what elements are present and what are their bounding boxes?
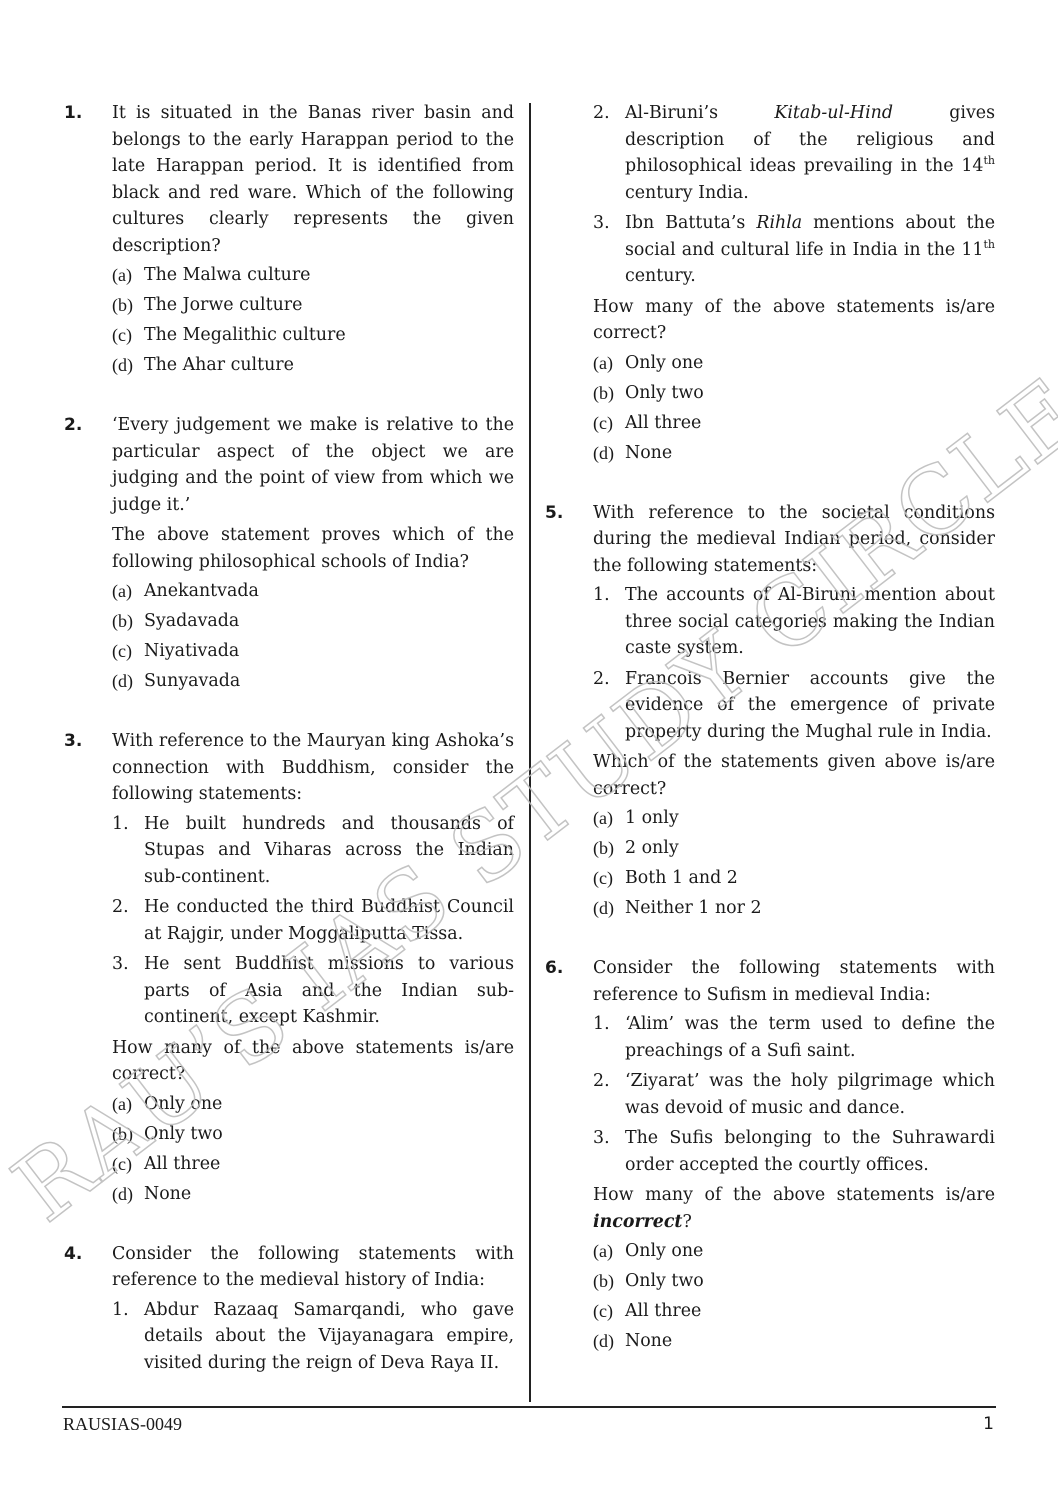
question-number: 4. xyxy=(64,1241,82,1268)
option-text: Syadavada xyxy=(144,611,239,631)
option-text: All three xyxy=(625,413,701,433)
option-text: Only one xyxy=(625,1241,703,1261)
statement-2: 2.‘Ziyarat’ was the holy pilgrimage whic… xyxy=(593,1068,995,1121)
question-stem: Consider the following statements with r… xyxy=(593,955,995,1008)
question-number: 2. xyxy=(64,412,82,439)
statement-1: 1.He built hundreds and thousands of Stu… xyxy=(112,811,514,891)
statement-1: 1.Abdur Razaaq Samarqandi, who gave deta… xyxy=(112,1297,514,1377)
option-label: (b) xyxy=(112,292,133,318)
option-label: (d) xyxy=(593,440,614,466)
question-3: 3. With reference to the Mauryan king As… xyxy=(62,728,514,1211)
option-label: (d) xyxy=(593,1328,614,1354)
option-text: None xyxy=(144,1184,191,1204)
option-label: (d) xyxy=(593,895,614,921)
document-code: RAUSIAS-0049 xyxy=(63,1414,182,1435)
option-a[interactable]: (a)1 only xyxy=(593,805,995,835)
option-d[interactable]: (d)None xyxy=(593,440,995,470)
question-5: 5. With reference to the societal condit… xyxy=(543,500,995,926)
statement-2: 2.He conducted the third Buddhist Counci… xyxy=(112,894,514,947)
option-text: All three xyxy=(144,1154,220,1174)
option-a[interactable]: (a)Only one xyxy=(593,350,995,380)
option-label: (b) xyxy=(593,835,614,861)
question-prompt: How many of the above statements is/are … xyxy=(112,1035,514,1088)
option-d[interactable]: (d)None xyxy=(112,1181,514,1211)
statement-1: 1.‘Alim’ was the term used to define the… xyxy=(593,1011,995,1064)
option-text: Only one xyxy=(625,353,703,373)
option-b[interactable]: (b)The Jorwe culture xyxy=(112,292,514,322)
statement-1: 1.The accounts of Al-Biruni mention abou… xyxy=(593,582,995,662)
statements-list: 1.Abdur Razaaq Samarqandi, who gave deta… xyxy=(112,1297,514,1377)
question-number: 6. xyxy=(545,955,563,982)
option-b[interactable]: (b)Syadavada xyxy=(112,608,514,638)
option-text: None xyxy=(625,443,672,463)
option-label: (a) xyxy=(112,262,132,288)
left-column: 1. It is situated in the Banas river bas… xyxy=(62,100,514,1380)
option-label: (d) xyxy=(112,352,133,378)
option-text: The Ahar culture xyxy=(144,355,294,375)
option-c[interactable]: (c)All three xyxy=(112,1151,514,1181)
option-c[interactable]: (c)All three xyxy=(593,410,995,440)
option-d[interactable]: (d)The Ahar culture xyxy=(112,352,514,382)
question-stem: It is situated in the Banas river basin … xyxy=(112,100,514,259)
option-a[interactable]: (a)The Malwa culture xyxy=(112,262,514,292)
option-a[interactable]: (a)Only one xyxy=(593,1238,995,1268)
option-b[interactable]: (b)Only two xyxy=(112,1121,514,1151)
statement-3: 3.He sent Buddhist missions to various p… xyxy=(112,951,514,1031)
option-text: 1 only xyxy=(625,808,679,828)
option-c[interactable]: (c)Both 1 and 2 xyxy=(593,865,995,895)
column-divider xyxy=(529,103,531,1402)
option-label: (a) xyxy=(593,805,613,831)
emphasis-incorrect: incorrect xyxy=(593,1212,682,1232)
option-a[interactable]: (a)Only one xyxy=(112,1091,514,1121)
option-label: (a) xyxy=(112,578,132,604)
option-text: The Jorwe culture xyxy=(144,295,302,315)
option-text: Sunyavada xyxy=(144,671,240,691)
page-number: 1 xyxy=(983,1414,994,1434)
option-text: Only two xyxy=(625,1271,704,1291)
option-label: (c) xyxy=(112,322,132,348)
option-d[interactable]: (d)Sunyavada xyxy=(112,668,514,698)
question-6: 6. Consider the following statements wit… xyxy=(543,955,995,1358)
question-number: 1. xyxy=(64,100,82,127)
question-4-continued: 2.Al-Biruni’s Kitab-ul-Hind gives descri… xyxy=(543,100,995,470)
option-c[interactable]: (c)Niyativada xyxy=(112,638,514,668)
option-text: All three xyxy=(625,1301,701,1321)
option-text: The Megalithic culture xyxy=(144,325,346,345)
option-text: Niyativada xyxy=(144,641,239,661)
question-prompt: How many of the above statements is/are … xyxy=(593,294,995,347)
book-title: Kitab-ul-Hind xyxy=(774,103,893,123)
option-text: Neither 1 nor 2 xyxy=(625,898,762,918)
question-stem: Consider the following statements with r… xyxy=(112,1241,514,1294)
option-label: (b) xyxy=(112,608,133,634)
statements-list: 1.He built hundreds and thousands of Stu… xyxy=(112,811,514,1031)
option-text: 2 only xyxy=(625,838,679,858)
option-d[interactable]: (d)None xyxy=(593,1328,995,1358)
exam-page: 1. It is situated in the Banas river bas… xyxy=(0,0,1058,1497)
option-b[interactable]: (b)Only two xyxy=(593,380,995,410)
question-4: 4. Consider the following statements wit… xyxy=(62,1241,514,1377)
option-text: Both 1 and 2 xyxy=(625,868,738,888)
option-label: (a) xyxy=(112,1091,132,1117)
question-number: 3. xyxy=(64,728,82,755)
option-b[interactable]: (b)Only two xyxy=(593,1268,995,1298)
question-stem: With reference to the Mauryan king Ashok… xyxy=(112,728,514,808)
question-number: 5. xyxy=(545,500,563,527)
question-prompt: Which of the statements given above is/a… xyxy=(593,749,995,802)
option-label: (d) xyxy=(112,668,133,694)
statements-list: 1.The accounts of Al-Biruni mention abou… xyxy=(593,582,995,745)
option-label: (d) xyxy=(112,1181,133,1207)
question-stem: ‘Every judgement we make is relative to … xyxy=(112,412,514,518)
option-text: None xyxy=(625,1331,672,1351)
question-stem-2: The above statement proves which of the … xyxy=(112,522,514,575)
option-label: (a) xyxy=(593,1238,613,1264)
statements-list: 1.‘Alim’ was the term used to define the… xyxy=(593,1011,995,1178)
option-label: (c) xyxy=(112,1151,132,1177)
option-label: (b) xyxy=(593,1268,614,1294)
options-list: (a)Only one (b)Only two (c)All three (d)… xyxy=(593,1238,995,1358)
statement-2: 2.Francois Bernier accounts give the evi… xyxy=(593,666,995,746)
option-label: (b) xyxy=(593,380,614,406)
options-list: (a)The Malwa culture (b)The Jorwe cultur… xyxy=(112,262,514,382)
option-label: (c) xyxy=(593,1298,613,1324)
question-stem: With reference to the societal condition… xyxy=(593,500,995,580)
option-label: (b) xyxy=(112,1121,133,1147)
option-label: (a) xyxy=(593,350,613,376)
options-list: (a)1 only (b)2 only (c)Both 1 and 2 (d)N… xyxy=(593,805,995,925)
option-label: (c) xyxy=(112,638,132,664)
option-text: Only two xyxy=(144,1124,223,1144)
statement-3: 3.The Sufis belonging to the Suhrawardi … xyxy=(593,1125,995,1178)
question-2: 2. ‘Every judgement we make is relative … xyxy=(62,412,514,698)
footer-rule xyxy=(62,1406,996,1408)
option-text: The Malwa culture xyxy=(144,265,310,285)
options-list: (a)Only one (b)Only two (c)All three (d)… xyxy=(593,350,995,470)
right-column: 2.Al-Biruni’s Kitab-ul-Hind gives descri… xyxy=(543,100,995,1358)
options-list: (a)Only one (b)Only two (c)All three (d)… xyxy=(112,1091,514,1211)
options-list: (a)Anekantvada (b)Syadavada (c)Niyativad… xyxy=(112,578,514,698)
option-c[interactable]: (c)All three xyxy=(593,1298,995,1328)
question-1: 1. It is situated in the Banas river bas… xyxy=(62,100,514,382)
option-b[interactable]: (b)2 only xyxy=(593,835,995,865)
option-text: Only two xyxy=(625,383,704,403)
statement-3: 3.Ibn Battuta’s Rihla mentions about the… xyxy=(593,210,995,290)
option-d[interactable]: (d)Neither 1 nor 2 xyxy=(593,895,995,925)
book-title: Rihla xyxy=(756,213,802,233)
option-a[interactable]: (a)Anekantvada xyxy=(112,578,514,608)
option-text: Only one xyxy=(144,1094,222,1114)
option-label: (c) xyxy=(593,865,613,891)
option-c[interactable]: (c)The Megalithic culture xyxy=(112,322,514,352)
option-label: (c) xyxy=(593,410,613,436)
option-text: Anekantvada xyxy=(144,581,259,601)
statement-2: 2.Al-Biruni’s Kitab-ul-Hind gives descri… xyxy=(593,100,995,206)
statements-list: 2.Al-Biruni’s Kitab-ul-Hind gives descri… xyxy=(593,100,995,290)
question-prompt: How many of the above statements is/are … xyxy=(593,1182,995,1235)
